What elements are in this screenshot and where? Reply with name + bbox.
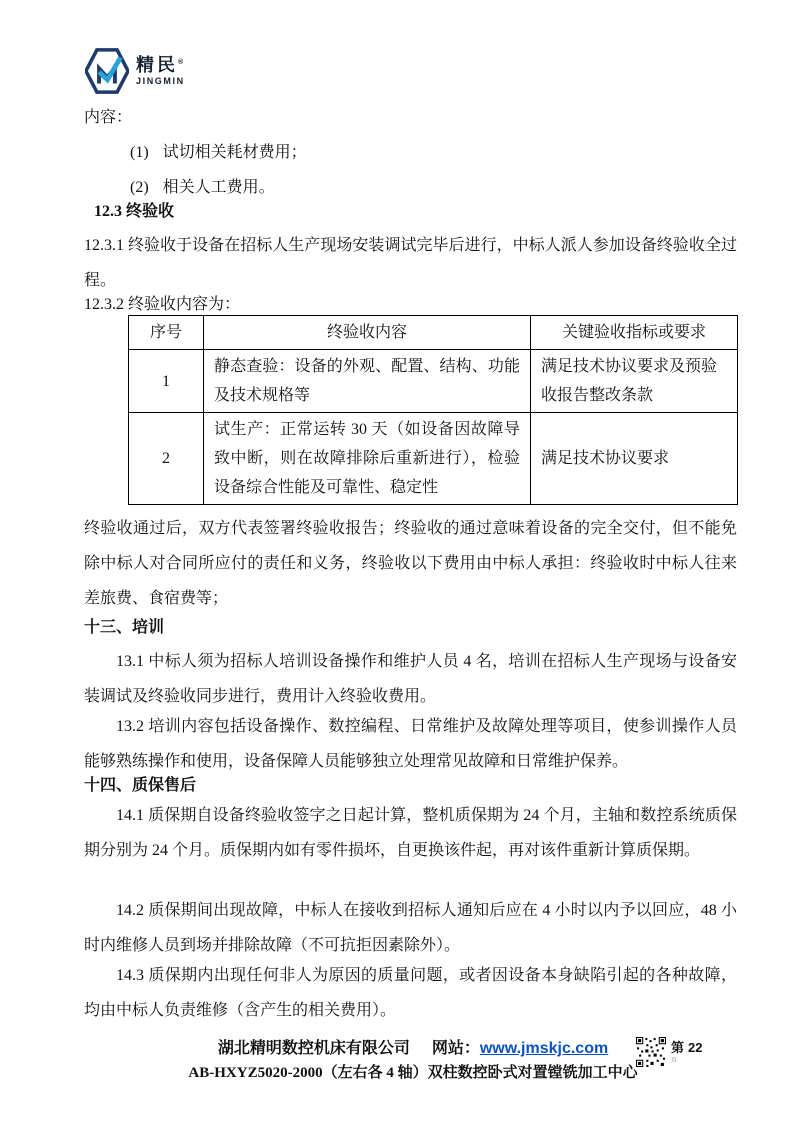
logo-wordmark: 精民® JINGMIN [136,56,185,86]
paragraph-14-3: 14.3 质保期内出现任何非人为原因的质量问题，或者因设备本身缺陷引起的各种故障… [84,958,737,1028]
acceptance-table-wrapper: 序号 终验收内容 关键验收指标或要求 1 静态查验：设备的外观、配置、结构、功能… [84,315,737,505]
document-page: 精民® JINGMIN 内容： (1)试切相关耗材费用； (2)相关人工费用。 … [0,0,800,1131]
row1-criteria: 满足技术协议要求及预验收报告整改条款 [531,350,738,413]
table-header-row: 序号 终验收内容 关键验收指标或要求 [129,316,738,350]
row2-content: 试生产：正常运转 30 天（如设备因故障导致中断，则在故障排除后重新进行），检验… [204,413,531,505]
table-row: 1 静态查验：设备的外观、配置、结构、功能及技术规格等 满足技术协议要求及预验收… [129,350,738,413]
section-heading-12-3: 12.3 终验收 [84,194,747,229]
page-suffix: 页 [671,1058,702,1065]
header-cell-criteria: 关键验收指标或要求 [531,316,738,350]
row2-no: 2 [129,413,204,505]
acceptance-table: 序号 终验收内容 关键验收指标或要求 1 静态查验：设备的外观、配置、结构、功能… [128,315,738,505]
paragraph-after-table: 终验收通过后，双方代表签署终验收报告；终验收的通过意味着设备的完全交付，但不能免… [84,511,737,616]
header-cell-content: 终验收内容 [204,316,531,350]
list-item-1-number: (1) [130,135,149,170]
registered-mark: ® [178,59,183,66]
page-number: 第22 页 [671,1038,702,1065]
row1-content: 静态查验：设备的外观、配置、结构、功能及技术规格等 [204,350,531,413]
logo-cn-text: 精民® [136,56,185,74]
paragraph-14-1: 14.1 质保期自设备终验收签字之日起计算，整机质保期为 24 个月，主轴和数控… [84,798,737,868]
section-heading-13: 十三、培训 [84,610,737,645]
intro-label: 内容： [84,100,737,135]
paragraph-14-2: 14.2 质保期间出现故障，中标人在接收到招标人通知后应在 4 小时以内予以回应… [84,893,737,963]
table-row: 2 试生产：正常运转 30 天（如设备因故障导致中断，则在故障排除后重新进行），… [129,413,738,505]
logo-en-text: JINGMIN [136,77,185,86]
header-cell-no: 序号 [129,316,204,350]
company-logo: 精民® JINGMIN [85,48,185,94]
footer-company: 湖北精明数控机床有限公司 [218,1040,410,1057]
page-number-value: 22 [688,1040,702,1055]
row2-criteria: 满足技术协议要求 [531,413,738,505]
qr-code [636,1037,666,1067]
list-item-1: (1)试切相关耗材费用； [84,135,783,170]
footer-website-label: 网站： [432,1040,480,1057]
row1-no: 1 [129,350,204,413]
website-link[interactable]: www.jmskjc.com [480,1040,608,1057]
page-label: 第 [671,1040,684,1055]
list-item-1-text: 试切相关耗材费用； [163,144,307,161]
paragraph-13-1: 13.1 中标人须为招标人培训设备操作和维护人员 4 名，培训在招标人生产现场与… [84,644,737,714]
hexagon-m-logo-icon [85,48,129,94]
